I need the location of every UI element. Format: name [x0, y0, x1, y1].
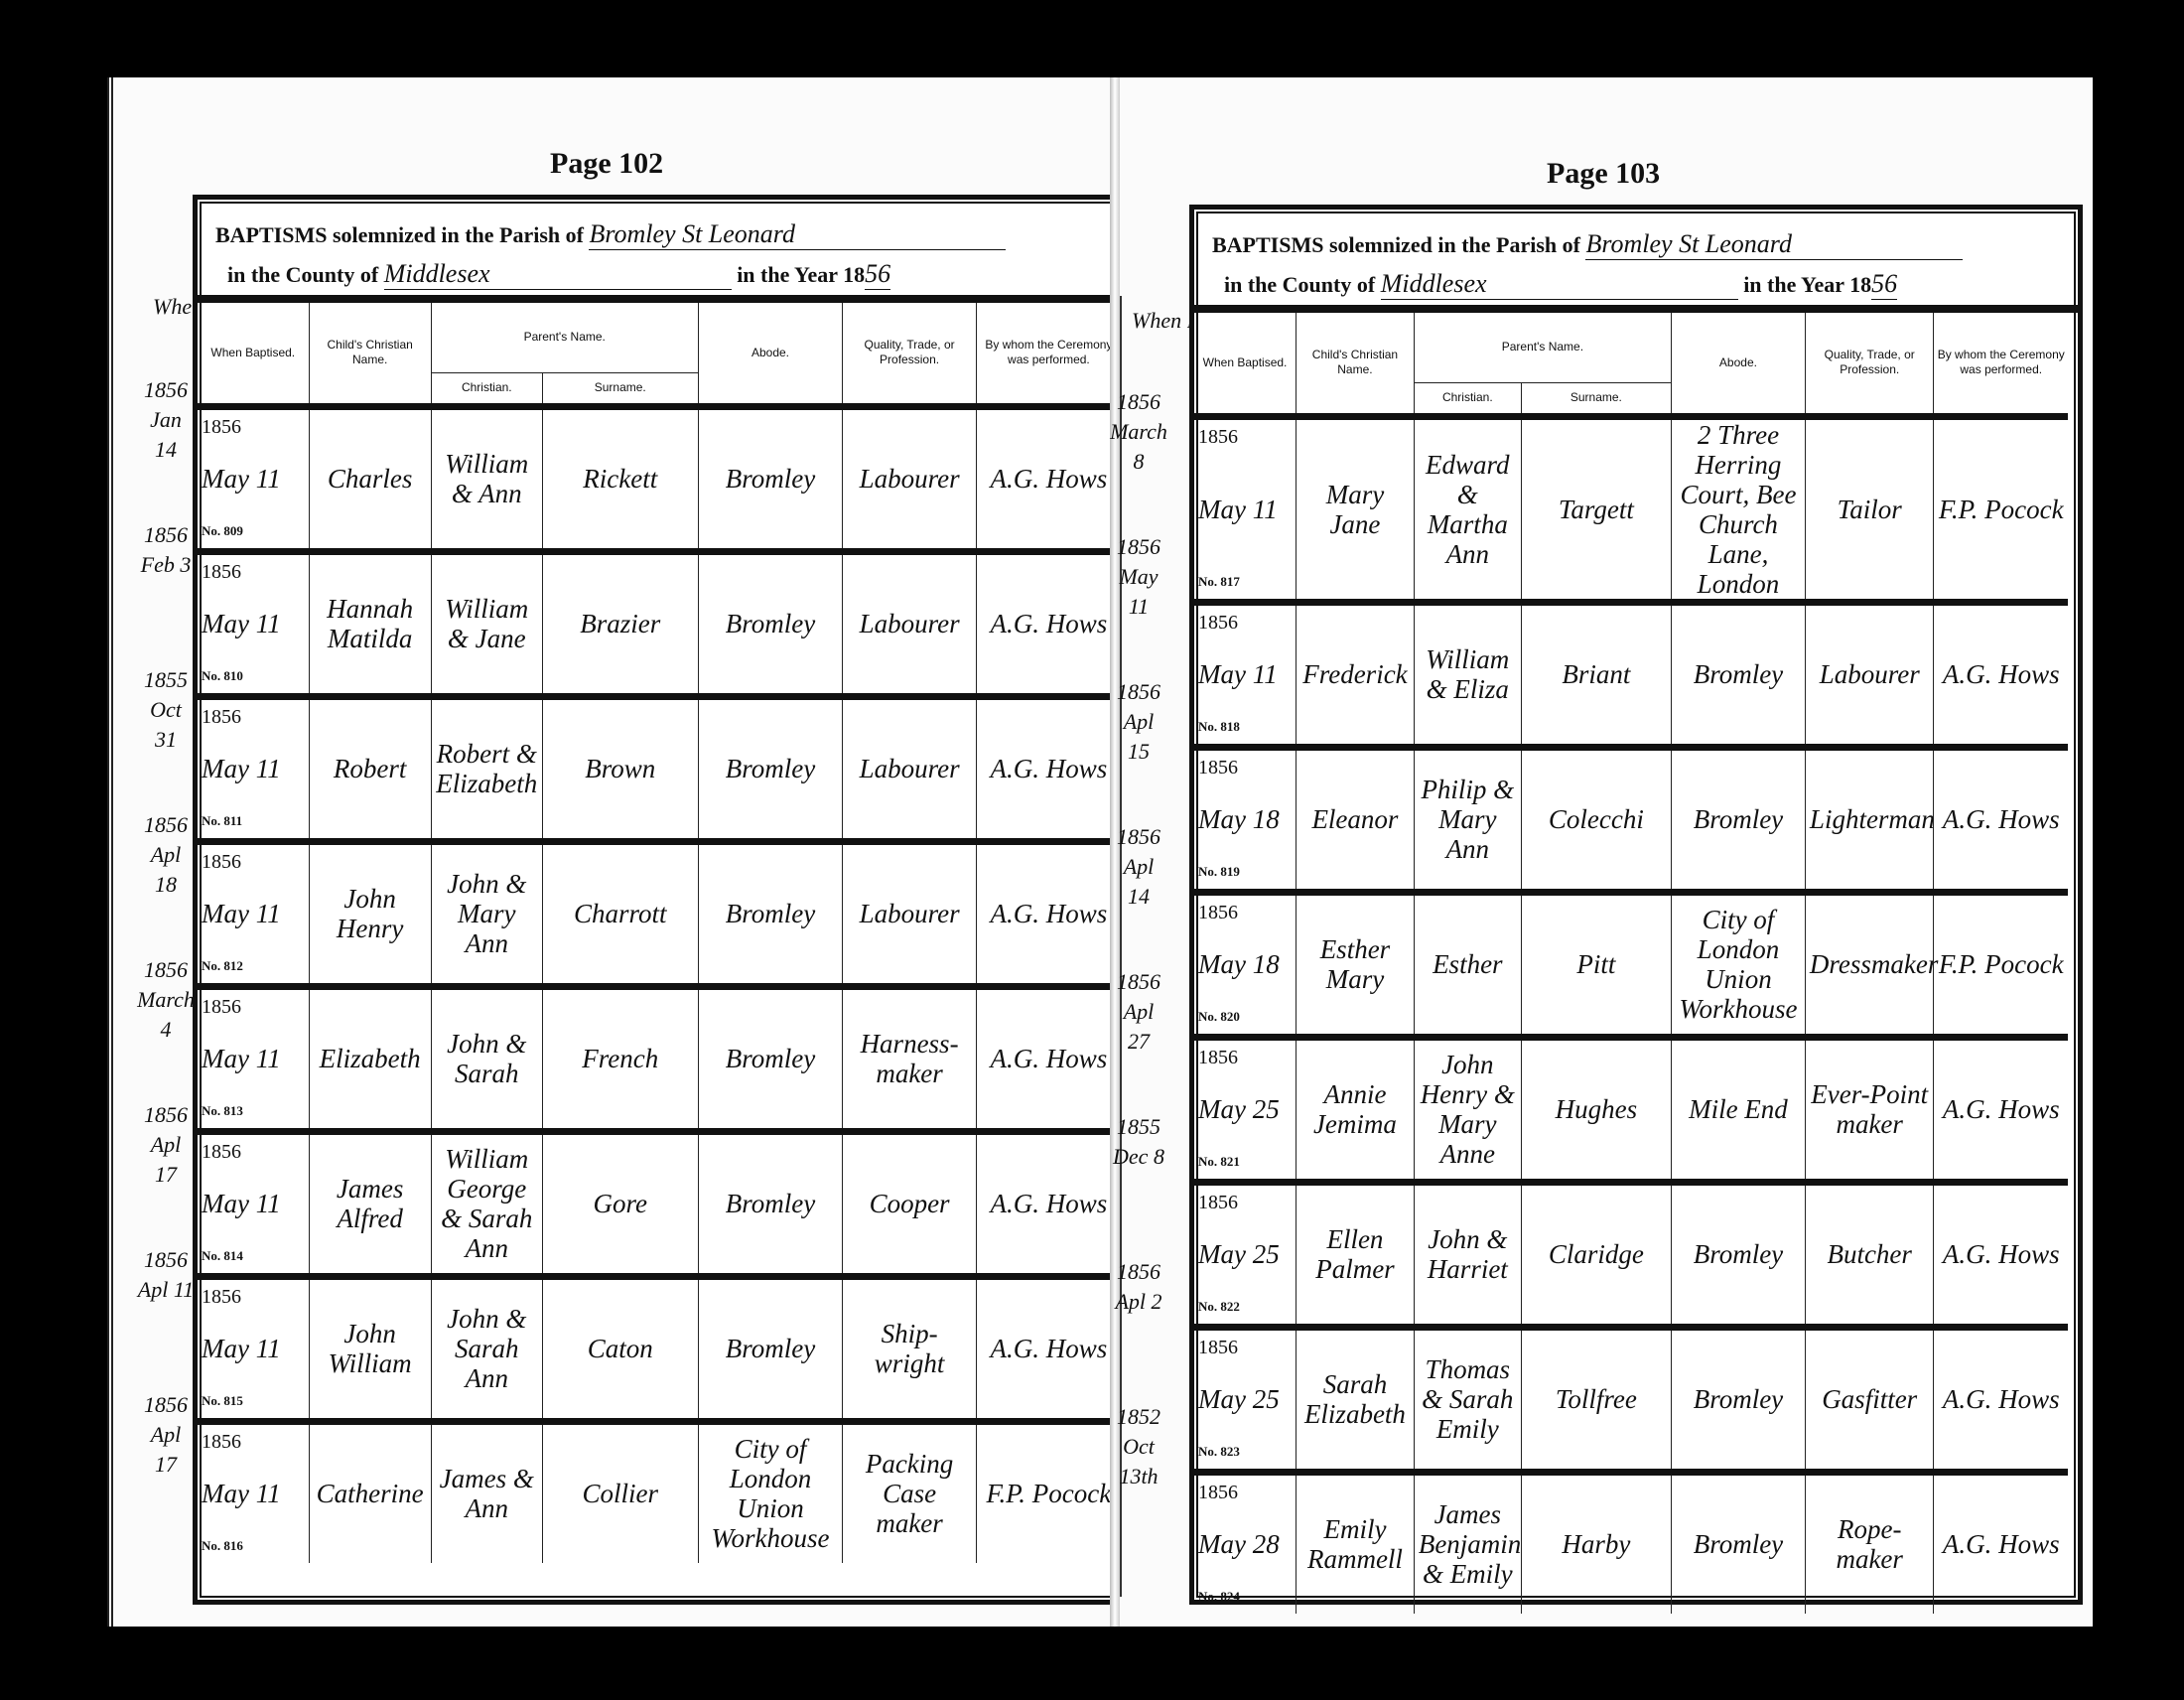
col-child-name: Child's Christian Name. — [309, 303, 431, 406]
entry-number: No. 812 — [202, 951, 243, 981]
abode-cell: City of London Union Workhouse — [1671, 892, 1805, 1037]
child-name-cell: Charles — [309, 406, 431, 551]
when-born-entry: 1855 Oct 31 — [137, 665, 195, 755]
trade: Labourer — [847, 609, 971, 638]
abode-cell: Bromley — [1671, 1182, 1805, 1327]
when-born-entry: 1856 Apl 17 — [137, 1100, 195, 1190]
abode: Bromley — [703, 754, 839, 783]
abode-cell: Bromley — [1671, 1327, 1805, 1472]
surname: Pitt — [1526, 949, 1667, 979]
baptised-date: May 25 — [1198, 1384, 1292, 1414]
entry-number: No. 815 — [202, 1386, 243, 1416]
entry-year: 1856 — [202, 702, 241, 732]
baptised-date: May 11 — [202, 609, 305, 638]
child-name: James Alfred — [314, 1174, 427, 1233]
entry-number: No. 822 — [1198, 1292, 1240, 1322]
baptised-date-cell: 1856No. 823May 25 — [1194, 1327, 1297, 1472]
when-born-entry: 1856 Apl 27 — [1110, 967, 1167, 1057]
parish-field: Bromley St Leonard — [1585, 229, 1963, 260]
surname-cell: Briant — [1521, 602, 1671, 747]
baptised-date-cell: 1856No. 814May 11 — [198, 1131, 309, 1276]
abode-cell: City of London Union Workhouse — [698, 1421, 843, 1563]
entry-year: 1856 — [202, 1137, 241, 1167]
officiant: A.G. Hows — [981, 609, 1117, 638]
baptised-date: May 11 — [202, 1479, 305, 1508]
entry-number: No. 809 — [202, 516, 243, 546]
trade-cell: Labourer — [1805, 602, 1934, 747]
surname: Brazier — [547, 609, 694, 638]
parents-christian-cell: John & Sarah — [431, 986, 542, 1131]
abode: Bromley — [703, 1334, 839, 1363]
register-table: When Baptised. Child's Christian Name. P… — [1194, 313, 2068, 1614]
child-name: Frederick — [1300, 659, 1410, 689]
officiant-cell: A.G. Hows — [976, 406, 1121, 551]
when-born-entry: 1856 Apl 15 — [1110, 677, 1167, 767]
child-name-cell: John William — [309, 1276, 431, 1421]
child-name: Esther Mary — [1300, 934, 1410, 994]
trade: Labourer — [847, 899, 971, 928]
col-parent-surname: Surname. — [1521, 382, 1671, 416]
col-trade: Quality, Trade, or Profession. — [843, 303, 976, 406]
entry-year: 1856 — [202, 1282, 241, 1312]
parents-christian-cell: Esther — [1414, 892, 1521, 1037]
table-row: 1856No. 822May 25Ellen PalmerJohn & Harr… — [1194, 1182, 2068, 1327]
baptised-date: May 18 — [1198, 804, 1292, 834]
baptised-date: May 11 — [1198, 495, 1292, 524]
parents-christian-cell: William & Jane — [431, 551, 542, 696]
child-name: John William — [314, 1319, 427, 1378]
surname-cell: Rickett — [542, 406, 698, 551]
col-trade: Quality, Trade, or Profession. — [1805, 313, 1934, 416]
baptised-date: May 25 — [1198, 1094, 1292, 1124]
entry-number: No. 824 — [1198, 1582, 1240, 1612]
col-child-name: Child's Christian Name. — [1297, 313, 1415, 416]
entry-year: 1856 — [202, 557, 241, 587]
trade: Ever-Point maker — [1810, 1079, 1930, 1139]
col-parent-surname: Surname. — [542, 372, 698, 406]
abode: Bromley — [1676, 1529, 1801, 1559]
entry-year: 1856 — [1198, 1478, 1238, 1507]
baptised-date-cell: 1856No. 824May 28 — [1194, 1472, 1297, 1614]
surname-cell: Collier — [542, 1421, 698, 1563]
baptised-date: May 11 — [202, 1189, 305, 1218]
entry-number: No. 817 — [1198, 567, 1240, 597]
baptised-date-cell: 1856No. 810May 11 — [198, 551, 309, 696]
parents-christian: William & Eliza — [1419, 644, 1517, 704]
baptised-date: May 11 — [202, 899, 305, 928]
when-born-entry: 1856 Apl 14 — [1110, 822, 1167, 912]
when-born-entry: 1852 Oct 13th — [1110, 1402, 1167, 1491]
child-name-cell: Elizabeth — [309, 986, 431, 1131]
heading-parish: BAPTISMS solemnized in the Parish of Bro… — [215, 219, 1006, 250]
parents-christian: John & Harriet — [1419, 1224, 1517, 1284]
surname-cell: Targett — [1521, 416, 1671, 602]
surname-cell: Brazier — [542, 551, 698, 696]
abode: Bromley — [703, 899, 839, 928]
officiant-cell: A.G. Hows — [976, 1276, 1121, 1421]
trade: Butcher — [1810, 1239, 1930, 1269]
entry-number: No. 816 — [202, 1531, 243, 1561]
abode-cell: Bromley — [1671, 602, 1805, 747]
trade-cell: Lighterman — [1805, 747, 1934, 892]
col-parents-name: Parent's Name. — [1414, 313, 1671, 382]
trade: Tailor — [1810, 495, 1930, 524]
surname-cell: Gore — [542, 1131, 698, 1276]
when-born-entry: 1856 March 4 — [137, 955, 195, 1045]
child-name-cell: Robert — [309, 696, 431, 841]
table-row: 1856No. 811May 11RobertRobert & Elizabet… — [198, 696, 1121, 841]
abode-cell: 2 Three Herring Court, Bee Church Lane, … — [1671, 416, 1805, 602]
parents-christian: William & Ann — [436, 449, 538, 508]
surname-cell: Pitt — [1521, 892, 1671, 1037]
officiant: A.G. Hows — [981, 1044, 1117, 1073]
year-field: 56 — [865, 259, 890, 290]
abode: Bromley — [703, 464, 839, 494]
entry-number: No. 820 — [1198, 1002, 1240, 1032]
baptised-date-cell: 1856No. 819May 18 — [1194, 747, 1297, 892]
child-name: Ellen Palmer — [1300, 1224, 1410, 1284]
table-row: 1856No. 812May 11John HenryJohn & Mary A… — [198, 841, 1121, 986]
entry-year: 1856 — [1198, 1333, 1238, 1362]
register-frame: BAPTISMS solemnized in the Parish of Bro… — [1189, 205, 2083, 1605]
trade: Labourer — [1810, 659, 1930, 689]
table-row: 1856No. 819May 18EleanorPhilip & Mary An… — [1194, 747, 2068, 892]
parents-christian-cell: John & Mary Ann — [431, 841, 542, 986]
officiant-cell: A.G. Hows — [1934, 1182, 2068, 1327]
when-born-entry: 1856 Apl 2 — [1110, 1257, 1167, 1317]
table-row: 1856No. 810May 11Hannah MatildaWilliam &… — [198, 551, 1121, 696]
child-name-cell: Eleanor — [1297, 747, 1415, 892]
child-name: Robert — [314, 754, 427, 783]
col-when-baptised: When Baptised. — [1194, 313, 1297, 416]
col-officiant: By whom the Ceremony was performed. — [976, 303, 1121, 406]
parents-christian-cell: James Benjamin & Emily — [1414, 1472, 1521, 1614]
officiant-cell: A.G. Hows — [976, 1131, 1121, 1276]
abode: Bromley — [703, 1189, 839, 1218]
parents-christian: James Benjamin & Emily — [1419, 1499, 1517, 1589]
county-field: Middlesex — [384, 259, 732, 290]
abode: Mile End — [1676, 1094, 1801, 1124]
entry-year: 1856 — [1198, 608, 1238, 637]
surname: Collier — [547, 1479, 694, 1508]
table-row: 1856No. 809May 11CharlesWilliam & AnnRic… — [198, 406, 1121, 551]
trade: Dressmaker — [1810, 949, 1930, 979]
officiant: A.G. Hows — [981, 1334, 1117, 1363]
surname-cell: Hughes — [1521, 1037, 1671, 1182]
officiant-cell: A.G. Hows — [976, 986, 1121, 1131]
parents-christian: John & Sarah — [436, 1029, 538, 1088]
entry-number: No. 811 — [202, 806, 242, 836]
page-number: Page 103 — [1547, 157, 1660, 191]
trade-cell: Tailor — [1805, 416, 1934, 602]
table-row: 1856No. 818May 11FrederickWilliam & Eliz… — [1194, 602, 2068, 747]
abode: 2 Three Herring Court, Bee Church Lane, … — [1676, 420, 1801, 599]
entry-year: 1856 — [1198, 898, 1238, 927]
parents-christian: Edward & Martha Ann — [1419, 450, 1517, 569]
officiant-cell: A.G. Hows — [1934, 1037, 2068, 1182]
abode-cell: Bromley — [698, 841, 843, 986]
when-born-entry: 1856 Apl 17 — [137, 1390, 195, 1480]
col-abode: Abode. — [1671, 313, 1805, 416]
child-name-cell: Emily Rammell — [1297, 1472, 1415, 1614]
trade: Ship-wright — [847, 1319, 971, 1378]
surname: Briant — [1526, 659, 1667, 689]
officiant: A.G. Hows — [981, 899, 1117, 928]
officiant-cell: F.P. Pocock — [1934, 892, 2068, 1037]
child-name-cell: Frederick — [1297, 602, 1415, 747]
baptised-date-cell: 1856No. 811May 11 — [198, 696, 309, 841]
abode-cell: Bromley — [698, 551, 843, 696]
entry-year: 1856 — [202, 1427, 241, 1457]
parish-field: Bromley St Leonard — [589, 219, 1006, 250]
child-name: Annie Jemima — [1300, 1079, 1410, 1139]
parents-christian-cell: James & Ann — [431, 1421, 542, 1563]
baptised-date-cell: 1856No. 820May 18 — [1194, 892, 1297, 1037]
child-name-cell: Sarah Elizabeth — [1297, 1327, 1415, 1472]
table-row: 1856No. 821May 25Annie JemimaJohn Henry … — [1194, 1037, 2068, 1182]
trade-cell: Harness-maker — [843, 986, 976, 1131]
entry-year: 1856 — [1198, 753, 1238, 782]
child-name-cell: Annie Jemima — [1297, 1037, 1415, 1182]
officiant: A.G. Hows — [1938, 1239, 2064, 1269]
entry-number: No. 821 — [1198, 1147, 1240, 1177]
trade-cell: Ever-Point maker — [1805, 1037, 1934, 1182]
header-rule — [1194, 305, 2078, 313]
abode: Bromley — [1676, 659, 1801, 689]
officiant-cell: A.G. Hows — [976, 551, 1121, 696]
surname-cell: Caton — [542, 1276, 698, 1421]
trade-cell: Labourer — [843, 841, 976, 986]
surname-cell: Brown — [542, 696, 698, 841]
abode-cell: Bromley — [698, 406, 843, 551]
child-name: Sarah Elizabeth — [1300, 1369, 1410, 1429]
child-name: Charles — [314, 464, 427, 494]
parents-christian: William George & Sarah Ann — [436, 1144, 538, 1263]
col-officiant: By whom the Ceremony was performed. — [1934, 313, 2068, 416]
entry-year: 1856 — [1198, 1043, 1238, 1072]
surname-cell: Claridge — [1521, 1182, 1671, 1327]
entry-year: 1856 — [1198, 422, 1238, 452]
trade: Labourer — [847, 754, 971, 783]
officiant-cell: A.G. Hows — [976, 841, 1121, 986]
baptised-date-cell: 1856No. 813May 11 — [198, 986, 309, 1131]
surname: Gore — [547, 1189, 694, 1218]
parents-christian-cell: Thomas & Sarah Emily — [1414, 1327, 1521, 1472]
parents-christian: Philip & Mary Ann — [1419, 775, 1517, 864]
abode-cell: Bromley — [698, 1131, 843, 1276]
baptised-date: May 11 — [202, 1334, 305, 1363]
trade: Rope-maker — [1810, 1514, 1930, 1574]
table-row: 1856No. 814May 11James AlfredWilliam Geo… — [198, 1131, 1121, 1276]
when-born-entry: 1856 Jan 14 — [137, 375, 195, 465]
baptised-date: May 11 — [1198, 659, 1292, 689]
officiant-cell: A.G. Hows — [1934, 747, 2068, 892]
abode-cell: Bromley — [698, 696, 843, 841]
col-abode: Abode. — [698, 303, 843, 406]
trade-cell: Ship-wright — [843, 1276, 976, 1421]
baptised-date-cell: 1856No. 809May 11 — [198, 406, 309, 551]
surname: Harby — [1526, 1529, 1667, 1559]
baptised-date: May 18 — [1198, 949, 1292, 979]
surname: Hughes — [1526, 1094, 1667, 1124]
abode: City of London Union Workhouse — [1676, 905, 1801, 1024]
trade: Cooper — [847, 1189, 971, 1218]
child-name: Eleanor — [1300, 804, 1410, 834]
baptised-date-cell: 1856No. 816May 11 — [198, 1421, 309, 1563]
register-frame: BAPTISMS solemnized in the Parish of Bro… — [193, 195, 1136, 1605]
child-name: John Henry — [314, 884, 427, 943]
officiant: A.G. Hows — [1938, 659, 2064, 689]
entry-year: 1856 — [1198, 1188, 1238, 1217]
abode-cell: Bromley — [698, 1276, 843, 1421]
when-born-entry: 1856 March 8 — [1110, 387, 1167, 477]
table-row: 1856No. 820May 18Esther MaryEstherPittCi… — [1194, 892, 2068, 1037]
abode-cell: Bromley — [1671, 1472, 1805, 1614]
heading-county: in the County of Middlesex in the Year 1… — [1224, 269, 1897, 300]
heading-parish: BAPTISMS solemnized in the Parish of Bro… — [1212, 229, 1963, 260]
register-book: Page 102 When Born BAPTISMS solemnized i… — [107, 77, 2093, 1627]
abode-cell: Bromley — [698, 986, 843, 1131]
officiant: A.G. Hows — [981, 754, 1117, 783]
child-name: Mary Jane — [1300, 480, 1410, 539]
abode-cell: Bromley — [1671, 747, 1805, 892]
abode: Bromley — [1676, 1239, 1801, 1269]
trade-cell: Dressmaker — [1805, 892, 1934, 1037]
officiant: A.G. Hows — [1938, 804, 2064, 834]
surname: Colecchi — [1526, 804, 1667, 834]
entry-number: No. 818 — [1198, 712, 1240, 742]
trade: Gasfitter — [1810, 1384, 1930, 1414]
table-row: 1856No. 824May 28Emily RammellJames Benj… — [1194, 1472, 2068, 1614]
officiant: F.P. Pocock — [981, 1479, 1117, 1508]
parents-christian-cell: William & Ann — [431, 406, 542, 551]
header-rule — [198, 295, 1131, 303]
trade: Labourer — [847, 464, 971, 494]
entry-number: No. 823 — [1198, 1437, 1240, 1467]
baptised-date: May 11 — [202, 464, 305, 494]
trade: Packing Case maker — [847, 1449, 971, 1538]
officiant: F.P. Pocock — [1938, 495, 2064, 524]
trade-cell: Labourer — [843, 551, 976, 696]
col-parent-christian: Christian. — [1414, 382, 1521, 416]
surname: Brown — [547, 754, 694, 783]
trade-cell: Rope-maker — [1805, 1472, 1934, 1614]
child-name-cell: John Henry — [309, 841, 431, 986]
parents-christian-cell: John Henry & Mary Anne — [1414, 1037, 1521, 1182]
baptised-date-cell: 1856No. 822May 25 — [1194, 1182, 1297, 1327]
parents-christian: Thomas & Sarah Emily — [1419, 1354, 1517, 1444]
child-name: Emily Rammell — [1300, 1514, 1410, 1574]
parents-christian: James & Ann — [436, 1464, 538, 1523]
trade-cell: Labourer — [843, 406, 976, 551]
baptised-date: May 25 — [1198, 1239, 1292, 1269]
page-102: Page 102 When Born BAPTISMS solemnized i… — [107, 77, 1116, 1627]
parents-christian-cell: John & Sarah Ann — [431, 1276, 542, 1421]
entry-year: 1856 — [202, 412, 241, 442]
surname: Rickett — [547, 464, 694, 494]
register-table: When Baptised. Child's Christian Name. P… — [198, 303, 1121, 1563]
baptised-date-cell: 1856No. 812May 11 — [198, 841, 309, 986]
child-name-cell: Esther Mary — [1297, 892, 1415, 1037]
baptised-date: May 11 — [202, 754, 305, 783]
officiant: A.G. Hows — [1938, 1529, 2064, 1559]
entry-year: 1856 — [202, 992, 241, 1022]
trade-cell: Gasfitter — [1805, 1327, 1934, 1472]
child-name-cell: Mary Jane — [1297, 416, 1415, 602]
surname-cell: Harby — [1521, 1472, 1671, 1614]
when-born-entry: 1856 Apl 18 — [137, 810, 195, 900]
surname: Tollfree — [1526, 1384, 1667, 1414]
when-born-entry: 1855 Dec 8 — [1110, 1112, 1167, 1172]
child-name: Catherine — [314, 1479, 427, 1508]
parents-christian: John & Sarah Ann — [436, 1304, 538, 1393]
parents-christian: John Henry & Mary Anne — [1419, 1050, 1517, 1169]
parents-christian-cell: Philip & Mary Ann — [1414, 747, 1521, 892]
county-field: Middlesex — [1381, 269, 1738, 300]
entry-number: No. 819 — [1198, 857, 1240, 887]
col-parent-christian: Christian. — [431, 372, 542, 406]
entry-number: No. 814 — [202, 1241, 243, 1271]
parents-christian-cell: Edward & Martha Ann — [1414, 416, 1521, 602]
trade-cell: Packing Case maker — [843, 1421, 976, 1563]
officiant: A.G. Hows — [1938, 1094, 2064, 1124]
col-when-baptised: When Baptised. — [198, 303, 309, 406]
child-name-cell: James Alfred — [309, 1131, 431, 1276]
table-row: 1856No. 817May 11Mary JaneEdward & Marth… — [1194, 416, 2068, 602]
baptised-date-cell: 1856No. 817May 11 — [1194, 416, 1297, 602]
trade-cell: Cooper — [843, 1131, 976, 1276]
officiant-cell: A.G. Hows — [1934, 1327, 2068, 1472]
heading-county: in the County of Middlesex in the Year 1… — [227, 259, 890, 290]
parents-christian-cell: William & Eliza — [1414, 602, 1521, 747]
officiant-cell: F.P. Pocock — [976, 1421, 1121, 1563]
surname: Caton — [547, 1334, 694, 1363]
page-103: Page 103 When Born BAPTISMS solemnized i… — [1120, 77, 2093, 1627]
baptised-date: May 11 — [202, 1044, 305, 1073]
table-row: 1856No. 815May 11John WilliamJohn & Sara… — [198, 1276, 1121, 1421]
table-row: 1856No. 816May 11CatherineJames & AnnCol… — [198, 1421, 1121, 1563]
trade-cell: Labourer — [843, 696, 976, 841]
officiant-cell: A.G. Hows — [976, 696, 1121, 841]
abode: Bromley — [1676, 1384, 1801, 1414]
child-name: Elizabeth — [314, 1044, 427, 1073]
abode: Bromley — [1676, 804, 1801, 834]
parents-christian: William & Jane — [436, 594, 538, 653]
entry-number: No. 813 — [202, 1096, 243, 1126]
parents-christian-cell: John & Harriet — [1414, 1182, 1521, 1327]
parents-christian: Esther — [1419, 949, 1517, 979]
surname: French — [547, 1044, 694, 1073]
officiant-cell: A.G. Hows — [1934, 602, 2068, 747]
surname-cell: Tollfree — [1521, 1327, 1671, 1472]
baptised-date-cell: 1856No. 818May 11 — [1194, 602, 1297, 747]
parents-christian-cell: Robert & Elizabeth — [431, 696, 542, 841]
parents-christian-cell: William George & Sarah Ann — [431, 1131, 542, 1276]
officiant: A.G. Hows — [1938, 1384, 2064, 1414]
surname-cell: French — [542, 986, 698, 1131]
table-row: 1856No. 813May 11ElizabethJohn & SarahFr… — [198, 986, 1121, 1131]
officiant: F.P. Pocock — [1938, 949, 2064, 979]
surname-cell: Colecchi — [1521, 747, 1671, 892]
trade-cell: Butcher — [1805, 1182, 1934, 1327]
surname: Charrott — [547, 899, 694, 928]
officiant: A.G. Hows — [981, 464, 1117, 494]
baptised-date-cell: 1856No. 815May 11 — [198, 1276, 309, 1421]
baptised-date-cell: 1856No. 821May 25 — [1194, 1037, 1297, 1182]
abode: City of London Union Workhouse — [703, 1434, 839, 1553]
abode: Bromley — [703, 609, 839, 638]
surname-cell: Charrott — [542, 841, 698, 986]
